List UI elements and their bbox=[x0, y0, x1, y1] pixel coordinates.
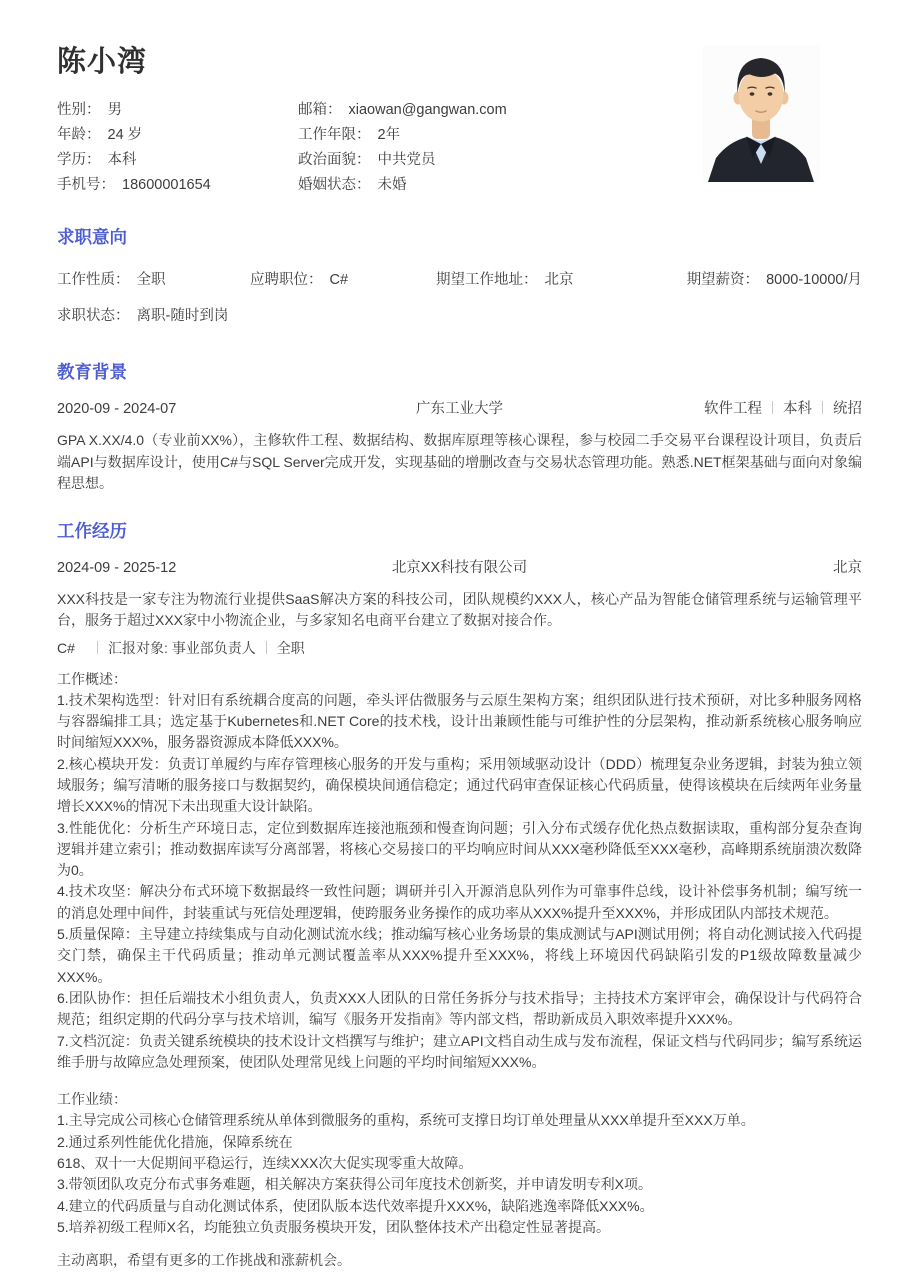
field-gender: 性别：男 bbox=[57, 98, 298, 123]
field-phone: 手机号：18600001654 bbox=[57, 173, 298, 198]
field-education: 学历：本科 bbox=[57, 148, 298, 173]
edu-qualifications: 软件工程本科统招 bbox=[594, 398, 862, 420]
overview-item: 4.技术攻坚：解决分布式环境下数据最终一致性问题；调研并引入开源消息队列作为可靠… bbox=[57, 881, 862, 924]
overview-item: 3.性能优化：分析生产环境日志，定位到数据库连接池瓶颈和慢查询问题；引入分布式缓… bbox=[57, 818, 862, 882]
overview-item: 5.质量保障：主导建立持续集成与自动化测试流水线；推动编写核心业务场景的集成测试… bbox=[57, 924, 862, 988]
work-overview: 工作概述： 1.技术架构选型：针对旧有系统耦合度高的问题，牵头评估微服务与云原生… bbox=[57, 669, 862, 1074]
field-target-position: 应聘职位：C# bbox=[250, 270, 436, 290]
overview-item: 7.文档沉淀：负责关键系统模块的技术设计文档撰写与维护；建立API文档自动生成与… bbox=[57, 1031, 862, 1074]
section-title-education: 教育背景 bbox=[57, 360, 862, 384]
field-expected-location: 期望工作地址：北京 bbox=[436, 270, 652, 290]
resume-page: 陈小湾 性别：男 年龄：24 岁 学历：本科 手机号：18600001654 bbox=[0, 0, 900, 1275]
edu-period: 2020-09 - 2024-07 bbox=[57, 398, 325, 420]
work-row: 2024-09 - 2025-12 北京XX科技有限公司 北京 bbox=[57, 557, 862, 579]
leaving-reason: 主动离职，希望有更多的工作挑战和涨薪机会。 bbox=[57, 1250, 862, 1271]
section-title-job-intent: 求职意向 bbox=[57, 225, 862, 249]
separator bbox=[772, 401, 773, 414]
person-avatar-icon bbox=[703, 45, 820, 182]
edu-degree: 本科 bbox=[783, 401, 812, 417]
edu-admission-type: 统招 bbox=[833, 401, 862, 417]
overview-item: 6.团队协作：担任后端技术小组负责人，负责XXX人团队的日常任务拆分与技术指导；… bbox=[57, 988, 862, 1031]
profile-photo bbox=[703, 45, 820, 182]
personal-info-right-column: 邮箱：xiaowan@gangwan.com 工作年限：2年 政治面貌：中共党员… bbox=[298, 98, 507, 198]
job-intent-row: 工作性质：全职 应聘职位：C# 期望工作地址：北京 期望薪资：8000-1000… bbox=[57, 270, 862, 290]
achievement-item: 1.主导完成公司核心仓储管理系统从单体到微服务的重构，系统可支撑日均订单处理量从… bbox=[57, 1110, 862, 1131]
edu-description: GPA X.XX/4.0（专业前XX%），主修软件工程、数据结构、数据库原理等核… bbox=[57, 430, 862, 495]
separator bbox=[822, 401, 823, 414]
achievement-item: 5.培养初级工程师X名，均能独立负责服务模块开发，团队整体技术产出稳定性显著提高… bbox=[57, 1217, 862, 1238]
field-job-type: 工作性质：全职 bbox=[57, 270, 250, 290]
role-row: C#汇报对象: 事业部负责人全职 bbox=[57, 637, 862, 659]
education-row: 2020-09 - 2024-07 广东工业大学 软件工程本科统招 bbox=[57, 398, 862, 420]
work-achievements: 工作业绩： 1.主导完成公司核心仓储管理系统从单体到微服务的重构，系统可支撑日均… bbox=[57, 1089, 862, 1238]
section-title-work: 工作经历 bbox=[57, 519, 862, 543]
report-to: 汇报对象: 事业部负责人 bbox=[108, 640, 256, 656]
field-political-status: 政治面貌：中共党员 bbox=[298, 148, 507, 173]
overview-item: 1.技术架构选型：针对旧有系统耦合度高的问题，牵头评估微服务与云原生架构方案；组… bbox=[57, 690, 862, 754]
separator bbox=[266, 641, 267, 654]
separator bbox=[97, 641, 98, 654]
company-name: 北京XX科技有限公司 bbox=[325, 557, 593, 579]
employment-type: 全职 bbox=[277, 640, 305, 656]
achievements-title: 工作业绩： bbox=[57, 1089, 862, 1110]
field-job-status: 求职状态：离职-随时到岗 bbox=[57, 306, 862, 326]
personal-info-left-column: 性别：男 年龄：24 岁 学历：本科 手机号：18600001654 bbox=[57, 98, 298, 198]
achievement-item: 618、双十一大促期间平稳运行，连续XXX次大促实现零重大故障。 bbox=[57, 1153, 862, 1174]
field-work-years: 工作年限：2年 bbox=[298, 123, 507, 148]
achievement-item: 4.建立的代码质量与自动化测试体系，使团队版本迭代效率提升XXX%，缺陷逃逸率降… bbox=[57, 1196, 862, 1217]
achievement-item: 3.带领团队攻克分布式事务难题，相关解决方案获得公司年度技术创新奖，并申请发明专… bbox=[57, 1174, 862, 1195]
work-period: 2024-09 - 2025-12 bbox=[57, 557, 325, 579]
overview-item: 2.核心模块开发：负责订单履约与库存管理核心服务的开发与重构；采用领域驱动设计（… bbox=[57, 754, 862, 818]
company-intro: XXX科技是一家专注为物流行业提供SaaS解决方案的科技公司，团队规模约XXX人… bbox=[57, 589, 862, 632]
field-marital-status: 婚姻状态：未婚 bbox=[298, 173, 507, 198]
field-expected-salary: 期望薪资：8000-10000/月 bbox=[652, 270, 862, 290]
achievement-item: 2.通过系列性能优化措施，保障系统在 bbox=[57, 1132, 862, 1153]
edu-major: 软件工程 bbox=[704, 401, 762, 417]
role-position: C# bbox=[57, 637, 87, 659]
field-email: 邮箱：xiaowan@gangwan.com bbox=[298, 98, 507, 123]
field-age: 年龄：24 岁 bbox=[57, 123, 298, 148]
work-location: 北京 bbox=[594, 557, 862, 579]
edu-school: 广东工业大学 bbox=[325, 398, 593, 420]
overview-title: 工作概述： bbox=[57, 669, 862, 690]
